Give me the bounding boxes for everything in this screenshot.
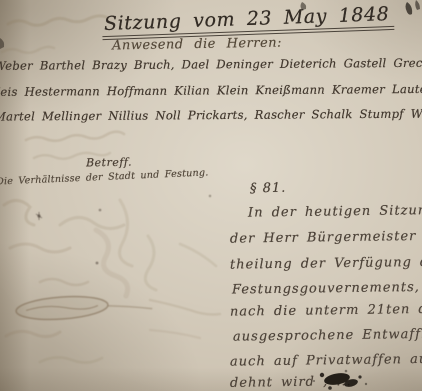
session-title: Sitzung vom 23 May 1848	[102, 3, 394, 40]
attendance-heading: Anwesend die Herren:	[112, 36, 282, 54]
margin-note-subject: Die Verhältnisse der Stadt und Festung.	[0, 167, 209, 187]
attendees-line: Weber Barthel Brazy Bruch, Dael Deninger…	[0, 55, 422, 73]
body-line: ausgesprochene Entwaffnung,	[233, 326, 422, 344]
manuscript-page: Sitzung vom 23 May 1848 Anwesend die Her…	[0, 0, 422, 391]
section-number: § 81.	[250, 181, 287, 197]
body-line: auch auf Privatwaffen ausge-	[230, 351, 422, 369]
manuscript-text: Sitzung vom 23 May 1848 Anwesend die Her…	[0, 0, 422, 391]
attendees-line: Heis Hestermann Hoffmann Kilian Klein Kn…	[0, 81, 422, 99]
body-line: dehnt wird , ...	[230, 374, 352, 391]
attendees-line: Martel Mellinger Nillius Noll Prickarts,…	[0, 106, 422, 123]
body-line: In der heutigen Sitzung giebt	[248, 202, 422, 220]
body-line: der Herr Bürgermeister Mit-	[230, 228, 422, 246]
margin-note-label: Betreff.	[86, 156, 132, 170]
body-line: nach die unterm 21ten dieses	[230, 301, 422, 319]
body-line: Festungsgouvernements, wo-	[232, 279, 422, 297]
body-line: theilung der Verfügung des ,,	[230, 254, 422, 272]
